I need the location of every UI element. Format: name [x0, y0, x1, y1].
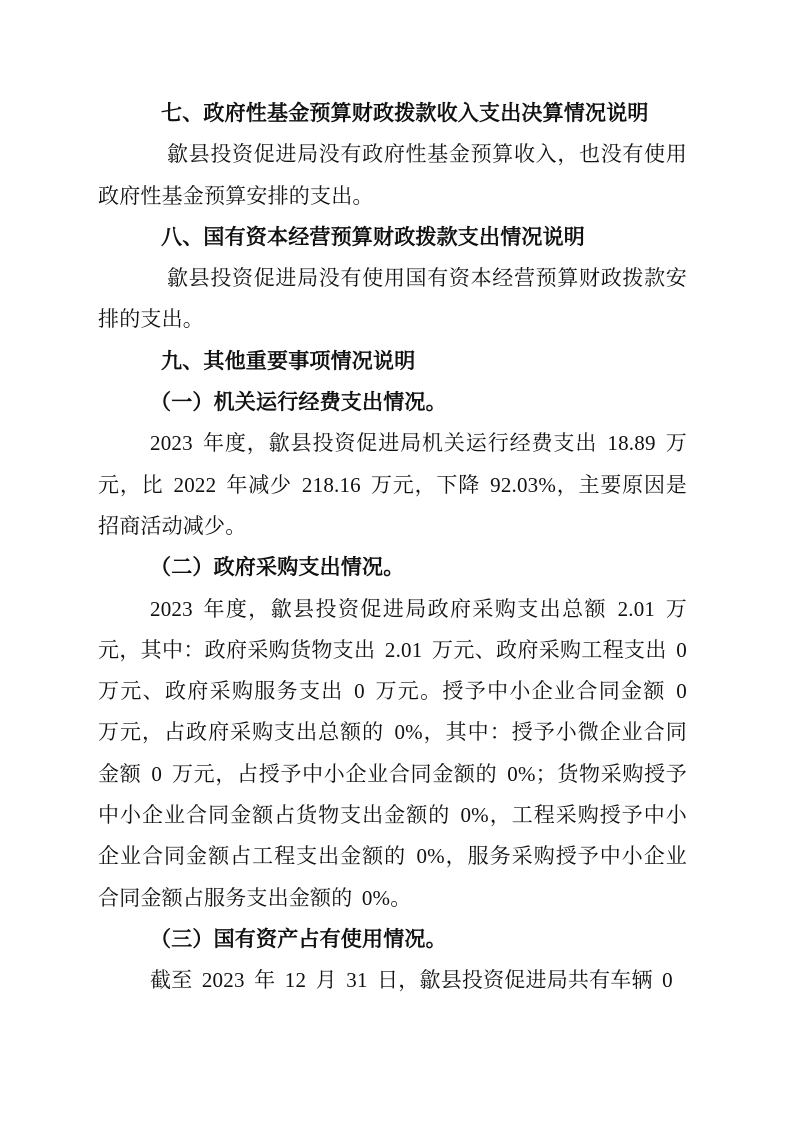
section-heading: 八、国有资本经营预算财政拨款支出情况说明: [98, 217, 687, 258]
paragraph: 2023 年度，歙县投资促进局机关运行经费支出 18.89 万元，比 2022 …: [98, 423, 687, 547]
paragraph: 截至 2023 年 12 月 31 日，歙县投资促进局共有车辆 0: [98, 960, 687, 1001]
sub-section-heading: （三）国有资产占有使用情况。: [98, 919, 687, 960]
section-heading: 九、其他重要事项情况说明: [98, 341, 687, 382]
sub-section-heading: （二）政府采购支出情况。: [98, 547, 687, 588]
document-body: 七、政府性基金预算财政拨款收入支出决算情况说明歙县投资促进局没有政府性基金预算收…: [98, 93, 687, 1002]
paragraph: 歙县投资促进局没有使用国有资本经营预算财政拨款安排的支出。: [98, 258, 687, 341]
document-page: 七、政府性基金预算财政拨款收入支出决算情况说明歙县投资促进局没有政府性基金预算收…: [0, 0, 793, 1122]
section-heading: 七、政府性基金预算财政拨款收入支出决算情况说明: [98, 93, 687, 134]
sub-section-heading: （一）机关运行经费支出情况。: [98, 382, 687, 423]
paragraph: 2023 年度，歙县投资促进局政府采购支出总额 2.01 万元，其中：政府采购货…: [98, 589, 687, 919]
paragraph: 歙县投资促进局没有政府性基金预算收入，也没有使用政府性基金预算安排的支出。: [98, 134, 687, 217]
